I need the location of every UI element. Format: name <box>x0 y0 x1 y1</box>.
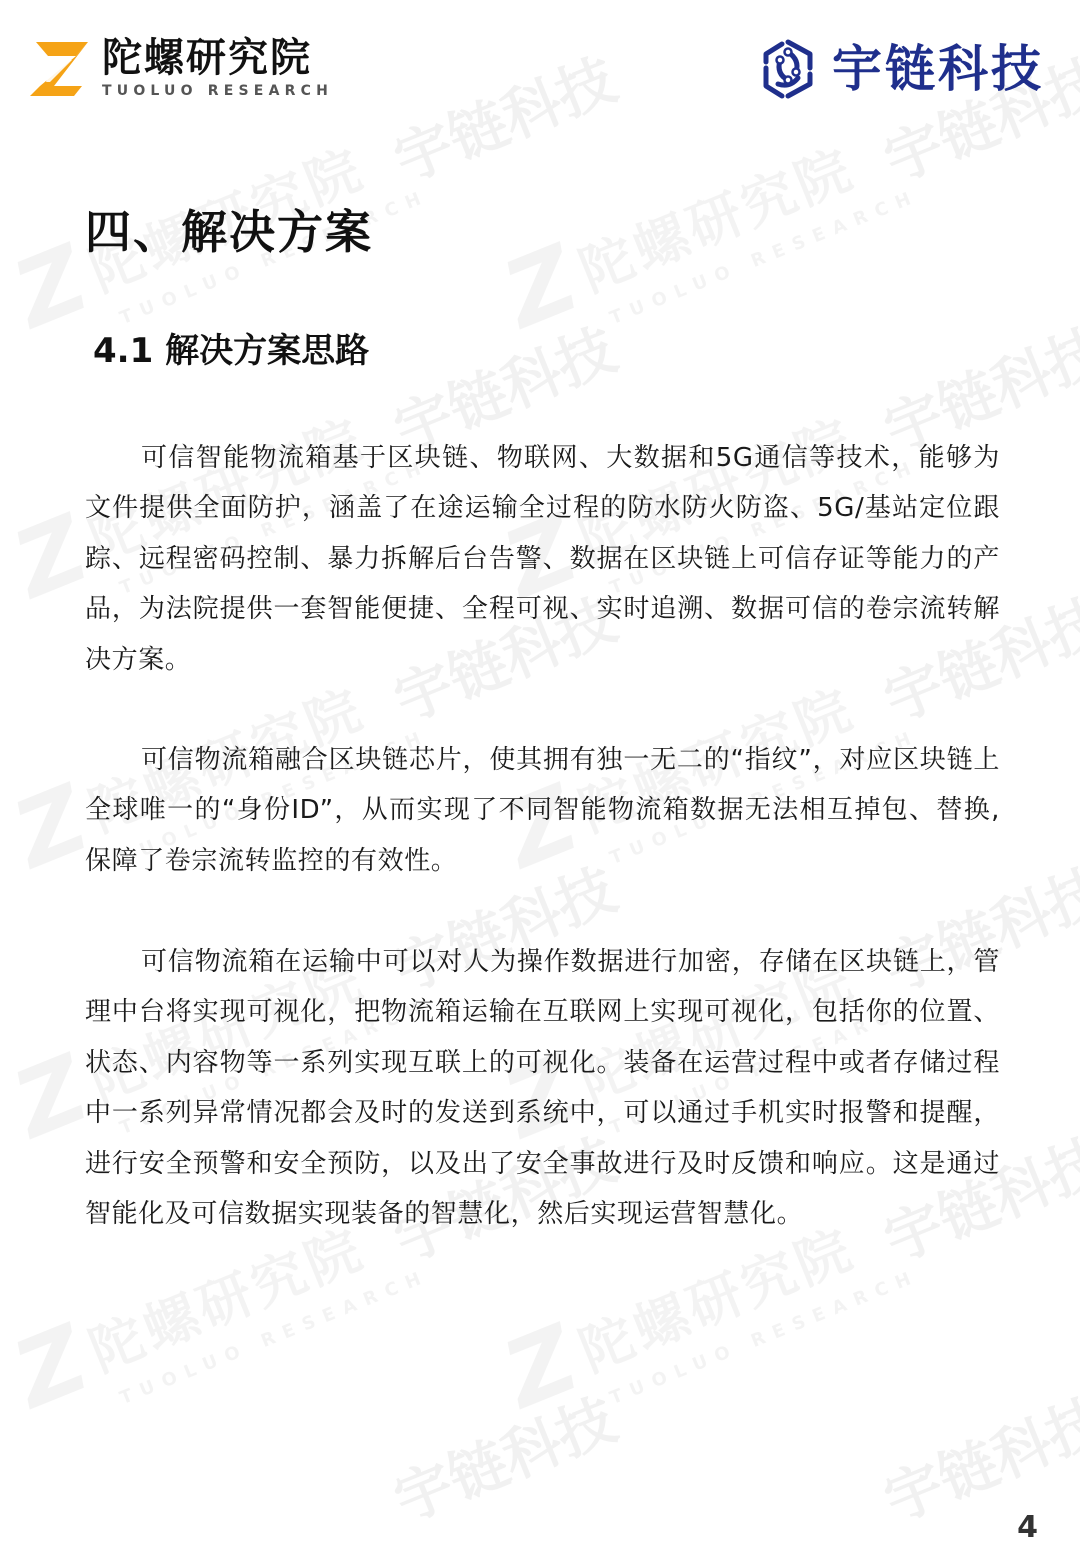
paragraph: 可信智能物流箱基于区块链、物联网、大数据和5G通信等技术，能够为文件提供全面防护… <box>85 433 1000 685</box>
paragraph: 可信物流箱在运输中可以对人为操作数据进行加密，存储在区块链上，管理中台将实现可视… <box>85 937 1000 1239</box>
yulian-name-cn: 宇链科技 <box>832 39 1044 99</box>
chapter-title: 四、解决方案 <box>85 200 373 264</box>
tuoluo-name-cn: 陀螺研究院 <box>102 36 333 80</box>
page-header: 陀螺研究院 TUOLUO RESEARCH 宇链科技 <box>0 0 1080 120</box>
watermark-tuoluo: Z陀螺研究院 TUOLUO RESEARCH <box>490 94 922 362</box>
watermark-z-icon: Z <box>490 225 592 349</box>
watermark-z-icon: Z <box>0 1305 102 1429</box>
yulian-logo: 宇链科技 <box>758 38 1044 100</box>
page-number: 4 <box>1017 1510 1038 1545</box>
tuoluo-z-logo-icon <box>28 38 90 98</box>
watermark-yulian: 宇链科技 <box>870 1373 1080 1538</box>
paragraph: 可信物流箱融合区块链芯片，使其拥有独一无二的“指纹”，对应区块链上全球唯一的“身… <box>85 735 1000 886</box>
tuoluo-name-en: TUOLUO RESEARCH <box>102 82 333 100</box>
watermark-z-icon: Z <box>490 1305 592 1429</box>
section-title: 4.1 解决方案思路 <box>93 326 369 376</box>
tuoluo-logo: 陀螺研究院 TUOLUO RESEARCH <box>28 36 333 100</box>
yulian-circuit-hex-icon <box>758 38 818 100</box>
watermark-yulian: 宇链科技 <box>380 1373 627 1538</box>
